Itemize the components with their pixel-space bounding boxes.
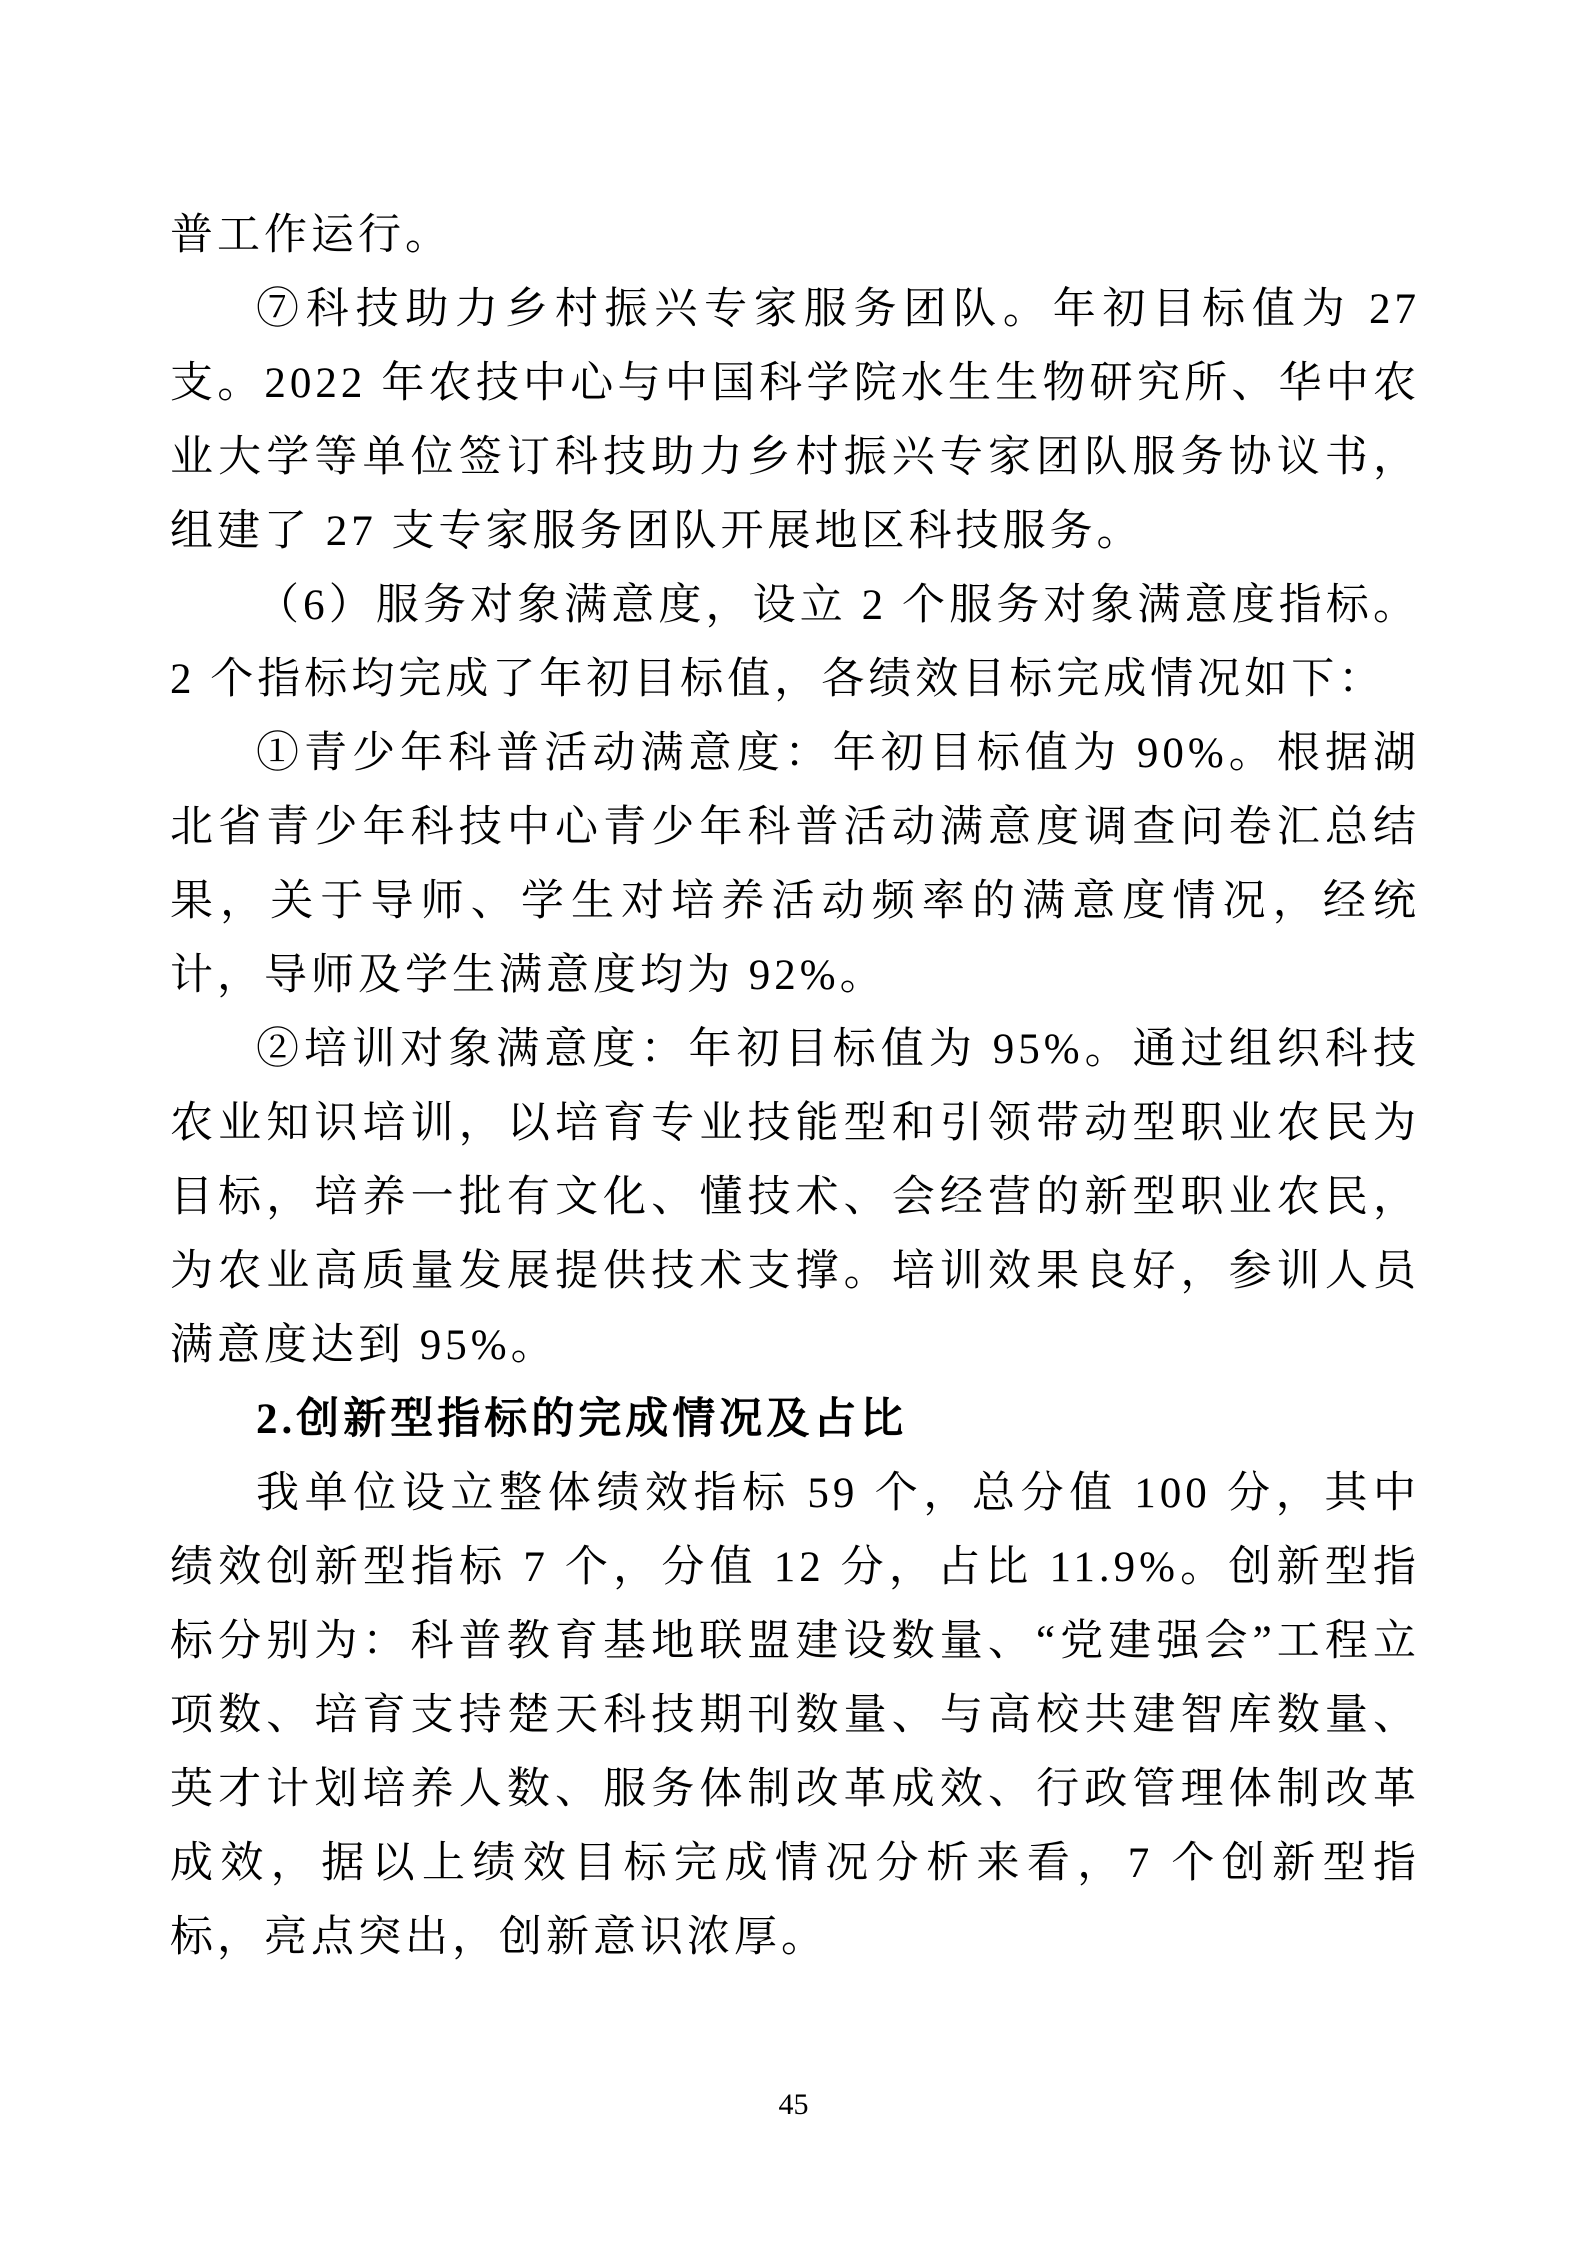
page-number: 45 bbox=[0, 2085, 1587, 2125]
paragraph-section-6-satisfaction: （6）服务对象满意度，设立 2 个服务对象满意度指标。2 个指标均完成了年初目标… bbox=[170, 569, 1420, 717]
paragraph-item-1-youth-science-satisfaction: ①青少年科普活动满意度：年初目标值为 90%。根据湖北省青少年科技中心青少年科普… bbox=[170, 717, 1420, 1013]
document-page: 普工作运行。 ⑦科技助力乡村振兴专家服务团队。年初目标值为 27 支。2022 … bbox=[0, 0, 1587, 2245]
section-heading-innovative-indicators: 2.创新型指标的完成情况及占比 bbox=[170, 1383, 1420, 1457]
paragraph-innovative-indicators-detail: 我单位设立整体绩效指标 59 个，总分值 100 分，其中绩效创新型指标 7 个… bbox=[170, 1457, 1420, 1975]
paragraph-item-7-rural-revitalization: ⑦科技助力乡村振兴专家服务团队。年初目标值为 27 支。2022 年农技中心与中… bbox=[170, 273, 1420, 569]
paragraph-item-2-training-satisfaction: ②培训对象满意度：年初目标值为 95%。通过组织科技农业知识培训，以培育专业技能… bbox=[170, 1013, 1420, 1383]
paragraph-continuation: 普工作运行。 bbox=[170, 199, 1420, 273]
document-body: 普工作运行。 ⑦科技助力乡村振兴专家服务团队。年初目标值为 27 支。2022 … bbox=[170, 199, 1420, 1975]
